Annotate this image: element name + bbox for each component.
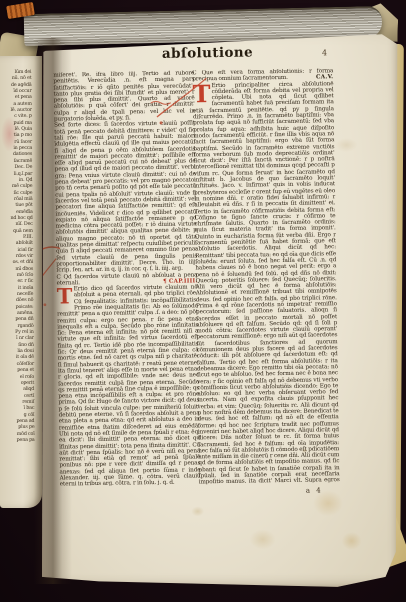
paragraph-continuation: miſeret'. Re. īfra libro iiij. Tertio ad…	[53, 70, 195, 123]
facing-page-text-fragments: lūm dei nū. nō et de agēdā īd occur et p…	[0, 70, 35, 445]
text-column-right: C Que eſt vera forma abſolutionis: r for…	[192, 68, 339, 484]
foxing-stain	[335, 138, 357, 152]
chapter-rubric-text: C Que eſt vera forma abſolutionis: r for…	[192, 68, 333, 83]
foxing-stain	[342, 532, 362, 550]
signature-mark: a 4	[306, 486, 323, 494]
chapter-heading-cap5: CA.V.	[316, 74, 333, 81]
folio-number: 4	[322, 48, 327, 57]
paragraph-tertio-left: TErtio dico qd ſacerdos virtute clauium …	[57, 284, 201, 486]
chapter-rubric-left: C Qd ſacerdos virtute clauiū nō abſoluat…	[56, 272, 197, 287]
text-column-left: miſeret'. Re. īfra libro iiij. Tertio ad…	[53, 70, 200, 486]
chapter-heading-cap4: ¶ CAP.IIII.	[163, 278, 198, 285]
page-content: abſolutione 4 miſeret'. Re. īfra libro i…	[38, 29, 403, 591]
facing-page-strip: lūm dei nū. nō et de agēdā īd occur et p…	[0, 56, 42, 508]
paragraph-sed-forte: Sed forte dices: ſi ſacerdos virtute cla…	[54, 121, 197, 274]
chapter-rubric-right: C Que eſt vera forma abſolutionis: r for…	[192, 68, 333, 83]
paragraph-tertio-right: TErtio principaliter circa abſolutionē c…	[192, 81, 339, 485]
foxing-stain	[249, 529, 275, 549]
rubricated-initial-T-left: T	[57, 287, 72, 305]
foxing-stain	[191, 506, 204, 516]
rubricated-initial-T-right: T	[192, 84, 209, 108]
pilcrow-icon: ¶	[163, 279, 167, 285]
book-photo: lūm dei nū. nō et de agēdā īd occur et p…	[0, 0, 406, 602]
running-header: abſolutione	[162, 44, 282, 62]
book-page: abſolutione 4 miſeret'. Re. īfra libro i…	[42, 32, 398, 588]
